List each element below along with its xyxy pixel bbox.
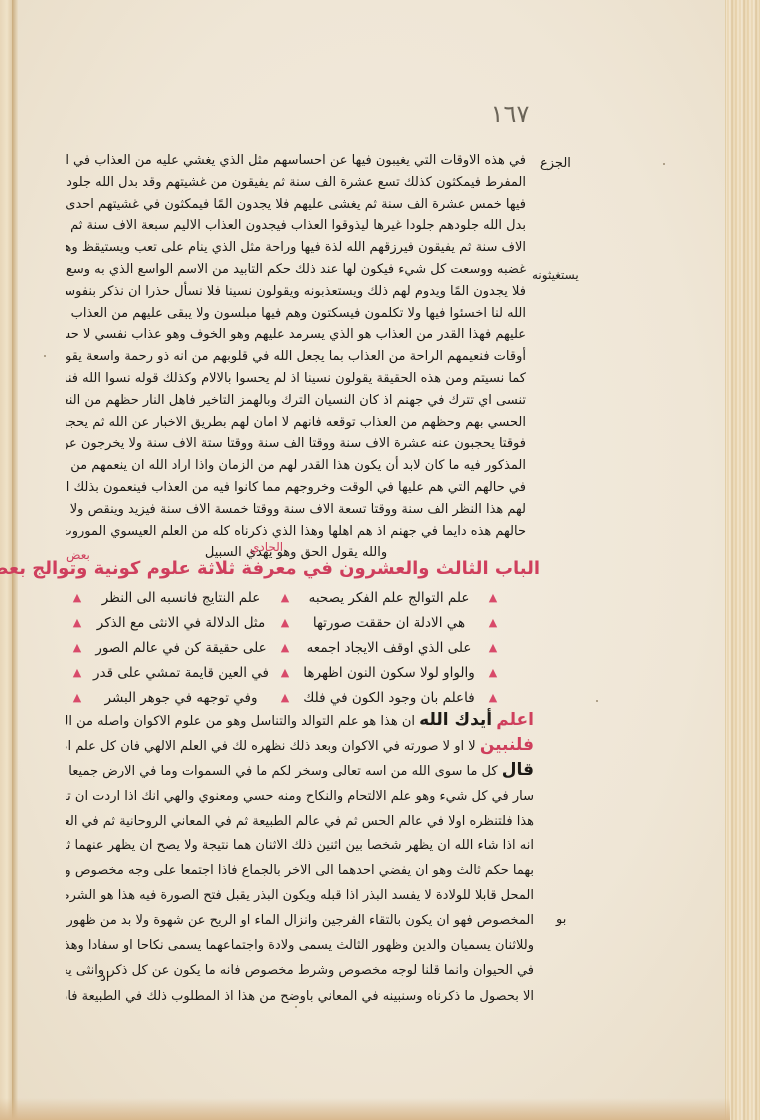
manuscript-page: ١٦٧ الجزع يستغيثونه بو في هذه الاوقات ال…	[0, 0, 760, 1120]
verse-marker-icon: ▲	[70, 666, 84, 679]
page-edges	[725, 0, 760, 1120]
paper-speck	[295, 1006, 297, 1008]
verse-marker-icon: ▲	[278, 666, 292, 679]
text-line: في هذه الاوقات التي يغيبون فيها عن احساس…	[66, 150, 526, 172]
margin-note-bottom: بو	[556, 912, 566, 927]
line-text: كل ما سوى الله من اسه تعالى وسخر لكم ما …	[66, 764, 498, 779]
text-line: المفرط فيمكثون كذلك تسع عشرة الف سنة ثم …	[66, 172, 526, 194]
verse-row: ▲ فاعلم بان وجود الكون في فلك ▲ وفي توجه…	[70, 685, 500, 710]
text-line: انه اذا شاء الله ان يظهر شخصا بين اثنين …	[66, 833, 534, 858]
text-line: فلا يجدون المًا ويدوم لهم ذلك ويستعذبونه…	[66, 281, 526, 303]
verse-row: ▲ على الذي اوقف الايجاد اجمعه ▲ على حقيق…	[70, 635, 500, 660]
text-line: كما نسيتم ومن هذه الحقيقة يقولون نسينا ا…	[66, 368, 526, 390]
verse-left-hemistich: وفي توجهه في جوهر البشر	[86, 690, 276, 706]
line-text: هذا فلتنظره اولا في عالم الحس ثم في عالم…	[66, 814, 534, 829]
paper-speck	[663, 163, 665, 165]
verse-right-hemistich: هي الادلة ان حققت صورتها	[294, 615, 484, 631]
verse-row: ▲ علم التوالج علم الفكر يصحبه ▲ علم النت…	[70, 585, 500, 610]
verse-row: ▲ هي الادلة ان حققت صورتها ▲ مثل الدلالة…	[70, 610, 500, 635]
verse-marker-icon: ▲	[278, 616, 292, 629]
text-line: بدل الله جلودهم جلودا غيرها ليذوقوا العذ…	[66, 215, 526, 237]
poem-verses: ▲ علم التوالج علم الفكر يصحبه ▲ علم النت…	[70, 585, 500, 710]
verse-right-hemistich: علم التوالج علم الفكر يصحبه	[294, 590, 484, 606]
text-line: لهم هذا النظر الف سنة ووقتا تسعة الاف سن…	[66, 499, 526, 521]
text-line: هذا فلتنظره اولا في عالم الحس ثم في عالم…	[66, 808, 534, 833]
verse-marker-icon: ▲	[486, 691, 500, 704]
text-line: قال كل ما سوى الله من اسه تعالى وسخر لكم…	[66, 758, 534, 783]
text-line: فيها خمس عشرة الف سنة ثم يغشى عليهم فلا …	[66, 194, 526, 216]
verse-marker-icon: ▲	[278, 691, 292, 704]
text-line: فوقتا يحجبون عنه عشرة الاف سنة ووقتا الف…	[66, 433, 526, 455]
text-line: المخصوص فهو ان يكون بالتقاء الفرجين وانز…	[66, 908, 534, 933]
text-line: سار في كل شيء وهو علم الالتحام والنكاح و…	[66, 783, 534, 808]
emphasis-word: أيدك الله	[419, 710, 492, 730]
text-line: الله لنا اخسئوا فيها ولا تكلمون فيسكتون …	[66, 303, 526, 325]
chapter-heading: الباب الثالث والعشرون في معرفة ثلاثة علو…	[66, 558, 540, 579]
verse-marker-icon: ▲	[278, 591, 292, 604]
folio-number: ١٦٧	[470, 100, 550, 128]
emphasis-word: قال	[502, 760, 534, 780]
paper-speck	[596, 700, 598, 702]
verse-row: ▲ والواو لولا سكون النون اظهرها ▲ في الع…	[70, 660, 500, 685]
verse-marker-icon: ▲	[486, 641, 500, 654]
verse-marker-icon: ▲	[70, 691, 84, 704]
text-line: حالهم هذه دايما في جهنم اذ هم اهلها وهذا…	[66, 521, 526, 543]
text-line: أوقات فنعيمهم الراحة من العذاب بما يجعل …	[66, 346, 526, 368]
text-line: الاف سنة ثم يفيقون فيرزقهم الله لذة فيها…	[66, 237, 526, 259]
verse-marker-icon: ▲	[486, 591, 500, 604]
main-text-block: في هذه الاوقات التي يغيبون فيها عن احساس…	[66, 150, 526, 564]
line-text: سار في كل شيء وهو علم الالتحام والنكاح و…	[66, 789, 534, 804]
heading-correction-above: الحادي	[250, 540, 283, 554]
verse-marker-icon: ▲	[70, 591, 84, 604]
text-line: المحل قابلا للولادة لا يفسد البذر اذا قب…	[66, 883, 534, 908]
bottom-stain	[0, 1098, 730, 1120]
margin-note-middle: يستغيثونه	[532, 268, 579, 282]
margin-note-top: الجزع	[540, 156, 571, 171]
verse-right-hemistich: على الذي اوقف الايجاد اجمعه	[294, 640, 484, 656]
text-line: عليهم فهذا القدر من العذاب هو الذي يسرمد…	[66, 324, 526, 346]
verse-left-hemistich: في العين قايمة تمشي على قدر	[86, 665, 276, 681]
text-line: فلنبين لا او لا صورته في الاكوان وبعد ذل…	[66, 733, 534, 758]
verse-left-hemistich: على حقيقة كن في عالم الصور	[86, 640, 276, 656]
line-text: لا او لا صورته في الاكوان وبعد ذلك نظهره…	[66, 739, 476, 754]
text-line: الحسي بهم وحظهم من العذاب توقعه فانهم لا…	[66, 412, 526, 434]
text-line: الا بحصول ما ذكرناه وسنبينه في المعاني ب…	[66, 983, 534, 1008]
verse-right-hemistich: فاعلم بان وجود الكون في فلك	[294, 690, 484, 706]
verse-left-hemistich: علم النتايج فانسبه الى النظر	[86, 590, 276, 606]
text-line: وللاثنان يسميان والدين وظهور الثالث يسمى…	[66, 933, 534, 958]
text-line: اعلم أيدك الله ان هذا هو علم التوالد وال…	[66, 708, 534, 733]
text-line: المذكور فيه ما كان لابد أن يكون هذا القد…	[66, 455, 526, 477]
catchword: اذ	[100, 970, 109, 985]
rubric-word: فلنبين	[480, 735, 534, 755]
verse-marker-icon: ▲	[278, 641, 292, 654]
line-text: الا بحصول ما ذكرناه وسنبينه في المعاني ب…	[66, 989, 534, 1004]
verse-marker-icon: ▲	[486, 616, 500, 629]
paper-speck	[44, 355, 46, 357]
text-line: بهما حكم ثالث وهو ان يفضي احدهما الى الا…	[66, 858, 534, 883]
verse-marker-icon: ▲	[70, 641, 84, 654]
text-line: في حالهم التي هم عليها في الوقت وخروجهم …	[66, 477, 526, 499]
text-line: تنسى اي تترك في جهنم اذ كان النسيان التر…	[66, 390, 526, 412]
second-text-block: اعلم أيدك الله ان هذا هو علم التوالد وال…	[66, 708, 534, 1008]
verse-marker-icon: ▲	[486, 666, 500, 679]
text-line: غضبه ووسعت كل شيء فيكون لها عند ذلك حكم …	[66, 259, 526, 281]
verse-marker-icon: ▲	[70, 616, 84, 629]
rubric-word: اعلم	[496, 710, 534, 730]
text-line: في الحيوان وانما قلنا لوجه مخصوص وشرط مخ…	[66, 958, 534, 983]
verse-left-hemistich: مثل الدلالة في الانثى مع الذكر	[86, 615, 276, 631]
verse-right-hemistich: والواو لولا سكون النون اظهرها	[294, 665, 484, 681]
line-text: ان هذا هو علم التوالد والتناسل وهو من عل…	[66, 714, 415, 729]
